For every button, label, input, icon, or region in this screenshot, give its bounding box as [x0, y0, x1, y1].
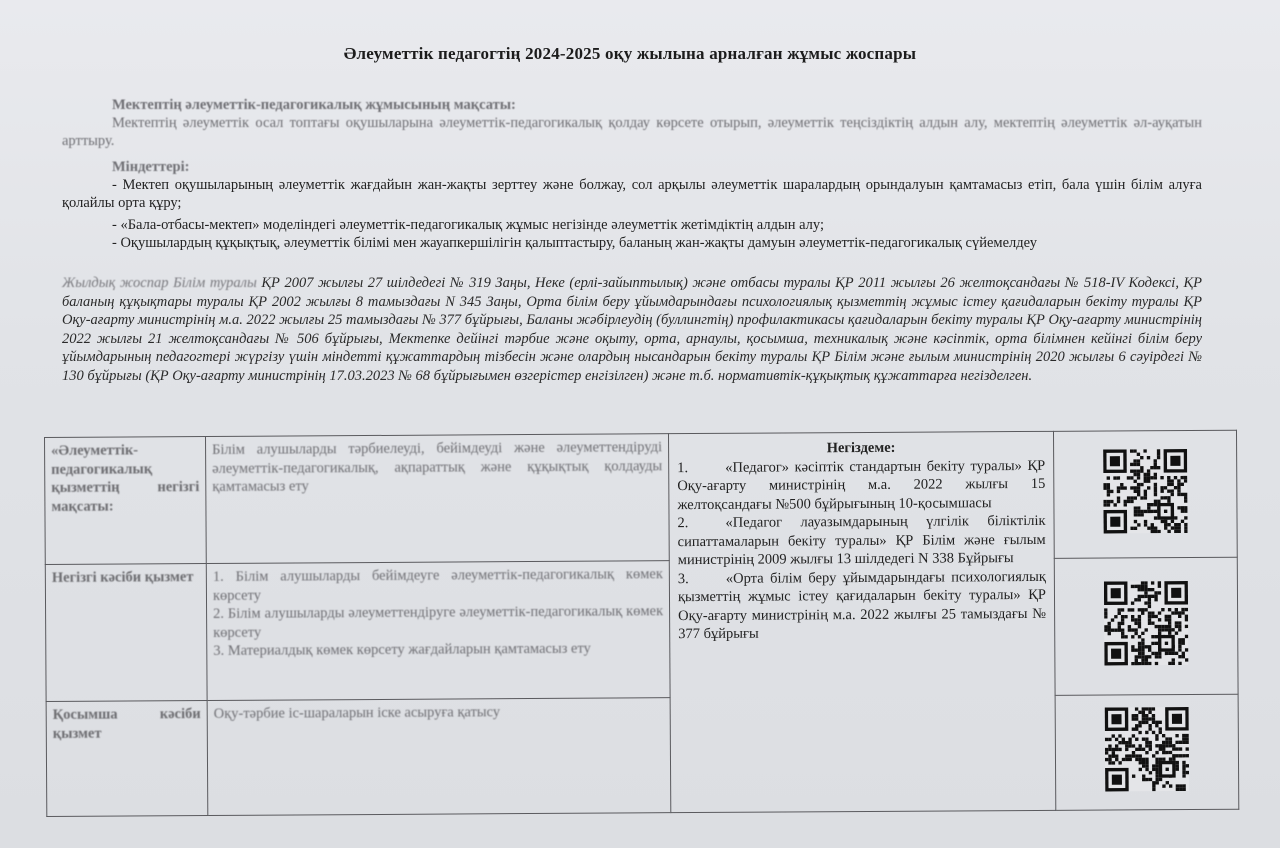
task-item-1: - Мектеп оқушыларының әлеуметтік жағдайы…: [62, 176, 1202, 212]
table-row: Негізгі кәсіби қызмет 1. Білім алушылард…: [45, 557, 1238, 701]
legal-basis-prefix: Жылдық жоспар Білім туралы: [62, 275, 257, 291]
basis-item-3: 3.«Орта білім беру ұйымдарындағы психоло…: [678, 567, 1046, 643]
document-page: Әлеуметтік педагогтің 2024-2025 оқу жылы…: [0, 0, 1280, 848]
task-item-2: - «Бала-отбасы-мектеп» моделіндегі әлеум…: [62, 216, 1202, 234]
legal-basis: Жылдық жоспар Білім туралы ҚР 2007 жылғы…: [62, 274, 1202, 385]
basis-item-2: 2.«Педагог лауазымдарының үлгілік білікт…: [677, 512, 1045, 570]
row-content-item: 2. Білім алушыларды әлеуметтендіруге әле…: [213, 602, 663, 642]
qr-code-icon[interactable]: [1103, 449, 1188, 534]
row-label: «Әлеуметтік-педагогикалық қызметтің негі…: [45, 437, 207, 565]
row-content: Оқу-тәрбие іс-шараларын іске асыруға қат…: [207, 698, 671, 816]
row-label: Қосымша кәсіби қызмет: [46, 701, 208, 817]
table-row: Қосымша кәсіби қызмет Оқу-тәрбие іс-шара…: [46, 694, 1239, 816]
qr-cell-1: [1053, 430, 1237, 558]
task-item-3: - Оқушылардың құқықтық, әлеуметтік білім…: [62, 234, 1202, 252]
table-row: «Әлеуметтік-педагогикалық қызметтің негі…: [45, 430, 1238, 564]
basis-title: Негіздеме:: [677, 438, 1045, 459]
goal-heading: Мектептің әлеуметтік-педагогикалық жұмыс…: [62, 96, 1202, 114]
qr-cell-3: [1055, 694, 1239, 810]
qr-cell-2: [1054, 557, 1238, 695]
work-plan-table: «Әлеуметтік-педагогикалық қызметтің негі…: [44, 430, 1239, 817]
row-content: 1. Білім алушыларды бейімдеуге әлеуметті…: [206, 561, 670, 701]
row-content-text: Білім алушыларды тәрбиелеуді, бейімдеуді…: [212, 438, 662, 496]
basis-cell: Негіздеме: 1.«Педагог» кәсіптік стандарт…: [668, 431, 1055, 812]
row-content: Білім алушыларды тәрбиелеуді, бейімдеуді…: [206, 434, 670, 564]
legal-basis-text: ҚР 2007 жылғы 27 шілдедегі № 319 Заңы, Н…: [62, 275, 1202, 384]
row-label: Негізгі кәсіби қызмет: [45, 564, 207, 702]
basis-item-1: 1.«Педагог» кәсіптік стандартын бекіту т…: [677, 456, 1045, 514]
goal-text-body: Мектептің әлеуметтік осал топтағы оқушыл…: [62, 115, 1202, 149]
goal-text: Мектептің әлеуметтік осал топтағы оқушыл…: [62, 114, 1202, 150]
qr-code-icon[interactable]: [1105, 707, 1190, 792]
row-content-text: Оқу-тәрбие іс-шараларын іске асыруға қат…: [214, 702, 664, 723]
tasks-heading: Міндеттері:: [62, 158, 1202, 176]
row-content-item: 1. Білім алушыларды бейімдеуге әлеуметті…: [213, 565, 663, 605]
page-title: Әлеуметтік педагогтің 2024-2025 оқу жылы…: [250, 44, 1010, 64]
qr-code-icon[interactable]: [1104, 581, 1189, 666]
row-content-item: 3. Материалдық көмек көрсету жағдайларын…: [213, 639, 663, 660]
